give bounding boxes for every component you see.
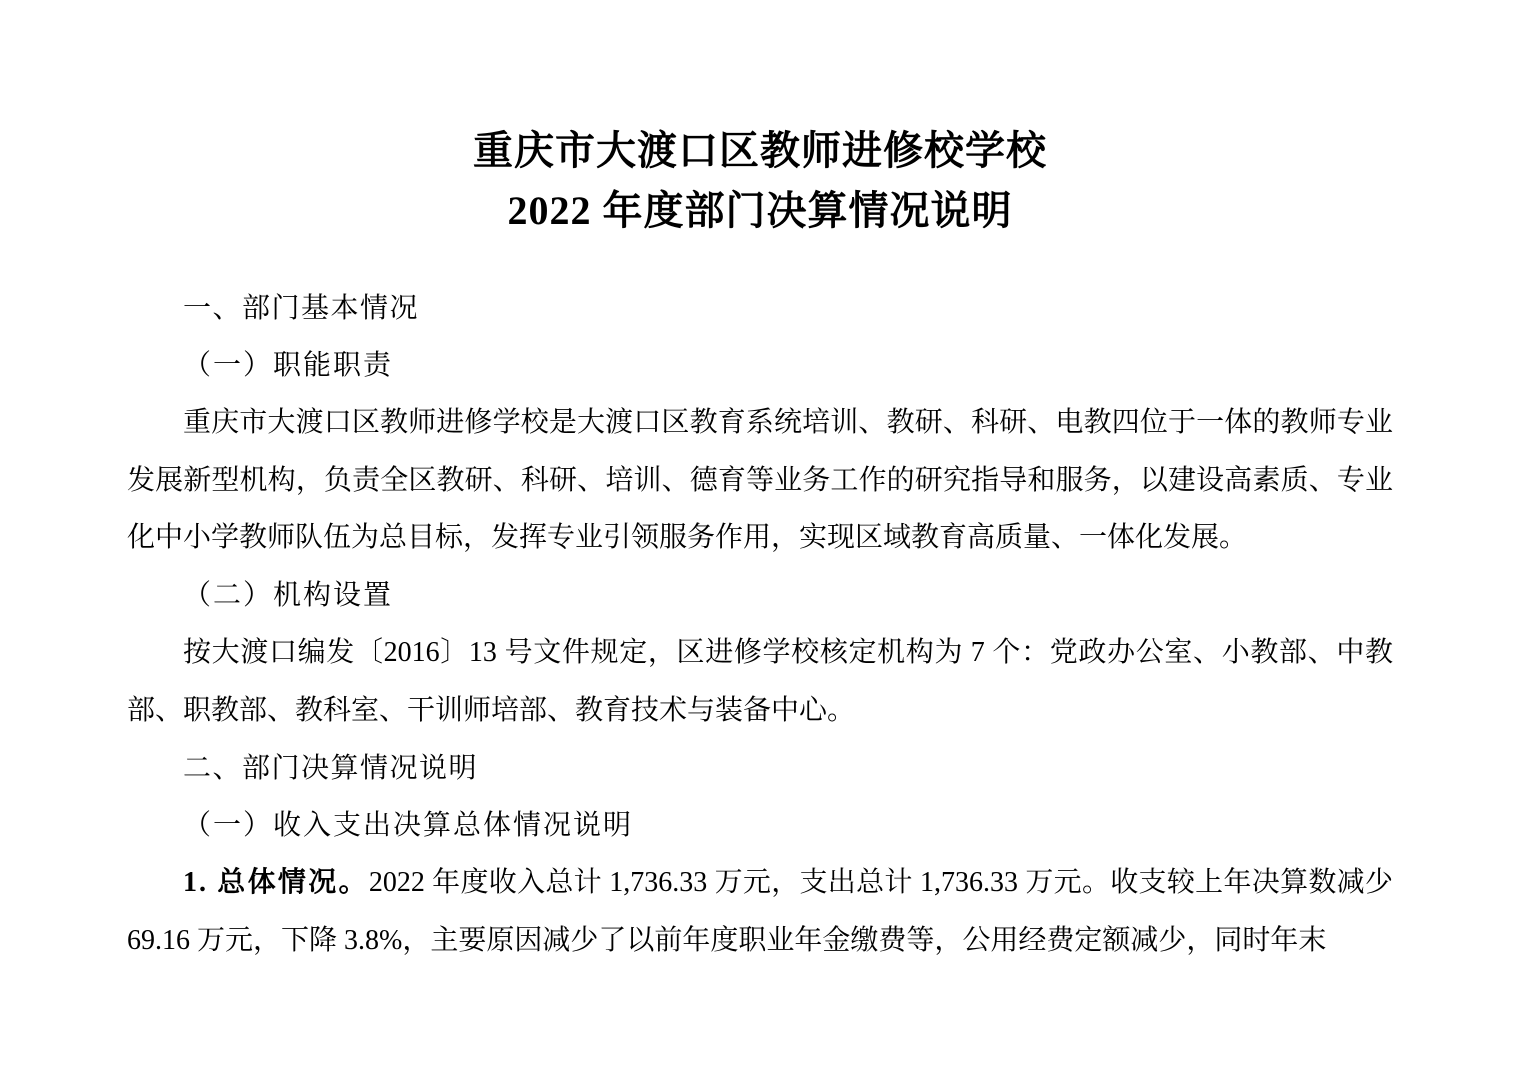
document-page: 重庆市大渡口区教师进修校学校 2022 年度部门决算情况说明 一、部门基本情况 … <box>0 0 1520 1074</box>
subsection-heading-duties: （一）职能职责 <box>127 337 1393 395</box>
title-line-1: 重庆市大渡口区教师进修校学校 <box>127 121 1393 181</box>
section-heading-basic-info: 一、部门基本情况 <box>127 279 1393 337</box>
paragraph-organization: 按大渡口编发〔2016〕13 号文件规定，区进修学校核定机构为 7 个：党政办公… <box>127 624 1393 739</box>
section-heading-final-accounts: 二、部门决算情况说明 <box>127 739 1393 797</box>
document-content: 重庆市大渡口区教师进修校学校 2022 年度部门决算情况说明 一、部门基本情况 … <box>0 0 1520 969</box>
document-title: 重庆市大渡口区教师进修校学校 2022 年度部门决算情况说明 <box>127 121 1393 241</box>
paragraph-overall-situation: 1. 总体情况。2022 年度收入总计 1,736.33 万元，支出总计 1,7… <box>127 854 1393 969</box>
subsection-heading-organization: （二）机构设置 <box>127 567 1393 625</box>
paragraph-duties: 重庆市大渡口区教师进修学校是大渡口区教育系统培训、教研、科研、电教四位于一体的教… <box>127 394 1393 567</box>
document-body: 一、部门基本情况 （一）职能职责 重庆市大渡口区教师进修学校是大渡口区教育系统培… <box>127 279 1393 969</box>
subsection-heading-income-expense-overview: （一）收入支出决算总体情况说明 <box>127 797 1393 855</box>
title-line-2: 2022 年度部门决算情况说明 <box>127 181 1393 241</box>
paragraph-overall-lead: 1. 总体情况。 <box>183 867 369 898</box>
